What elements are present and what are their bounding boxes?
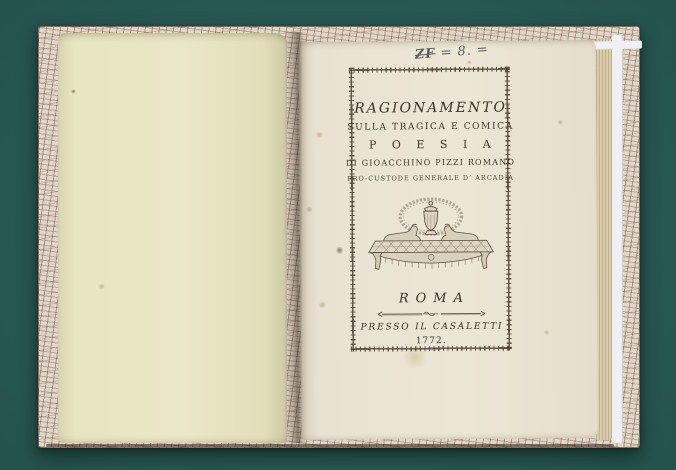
foxing-spot <box>98 283 105 290</box>
imprint-place: ROMA <box>392 291 470 307</box>
text-block-fore-edge <box>596 38 612 440</box>
title-page-text-block: RAGIONAMENTO SULLA TRAGICA E COMICA P O … <box>354 72 507 347</box>
foxing-spot <box>336 246 343 255</box>
pastedown-white-edge-top <box>594 40 642 49</box>
paper-speck <box>71 89 76 94</box>
handwritten-price-inscription: ZF= 8. = <box>414 42 489 63</box>
handwritten-mark: ZF <box>414 46 436 63</box>
book-subtitle: SULLA TRAGICA E COMICA <box>346 122 514 133</box>
foxing-spot <box>315 131 323 139</box>
book-subject: P O E S I A <box>363 138 497 152</box>
foxing-spot <box>544 329 550 335</box>
imprint-year: 1772. <box>416 336 447 346</box>
title-page: ZF= 8. = RAGIONAMENTO SULLA TRAGICA E CO… <box>299 40 599 440</box>
foxing-spot <box>306 206 313 213</box>
vignette-engraving-icon <box>359 194 502 271</box>
book-title: RAGIONAMENTO <box>352 100 507 117</box>
typographic-chain-border: RAGIONAMENTO SULLA TRAGICA E COMICA P O … <box>349 67 512 352</box>
handwritten-amount: = 8. = <box>440 42 489 61</box>
blank-endpaper-page <box>58 33 287 443</box>
pastedown-white-edge <box>612 35 623 443</box>
foxing-spot <box>557 119 563 125</box>
foxing-spot <box>318 301 326 309</box>
foxing-spot <box>467 60 472 65</box>
open-book: ZF= 8. = RAGIONAMENTO SULLA TRAGICA E CO… <box>38 26 640 448</box>
author-line: DI GIOACCHINO PIZZI ROMANO <box>345 158 515 168</box>
ornamental-rule-icon <box>361 309 501 320</box>
board-bottom-edge <box>46 444 614 447</box>
author-role-line: PRO-CUSTODE GENERALE D’ ARCADIA <box>346 174 514 183</box>
imprint-publisher: PRESSO IL CASALETTI <box>359 322 504 333</box>
photo-green-felt-background: ZF= 8. = RAGIONAMENTO SULLA TRAGICA E CO… <box>0 0 676 470</box>
